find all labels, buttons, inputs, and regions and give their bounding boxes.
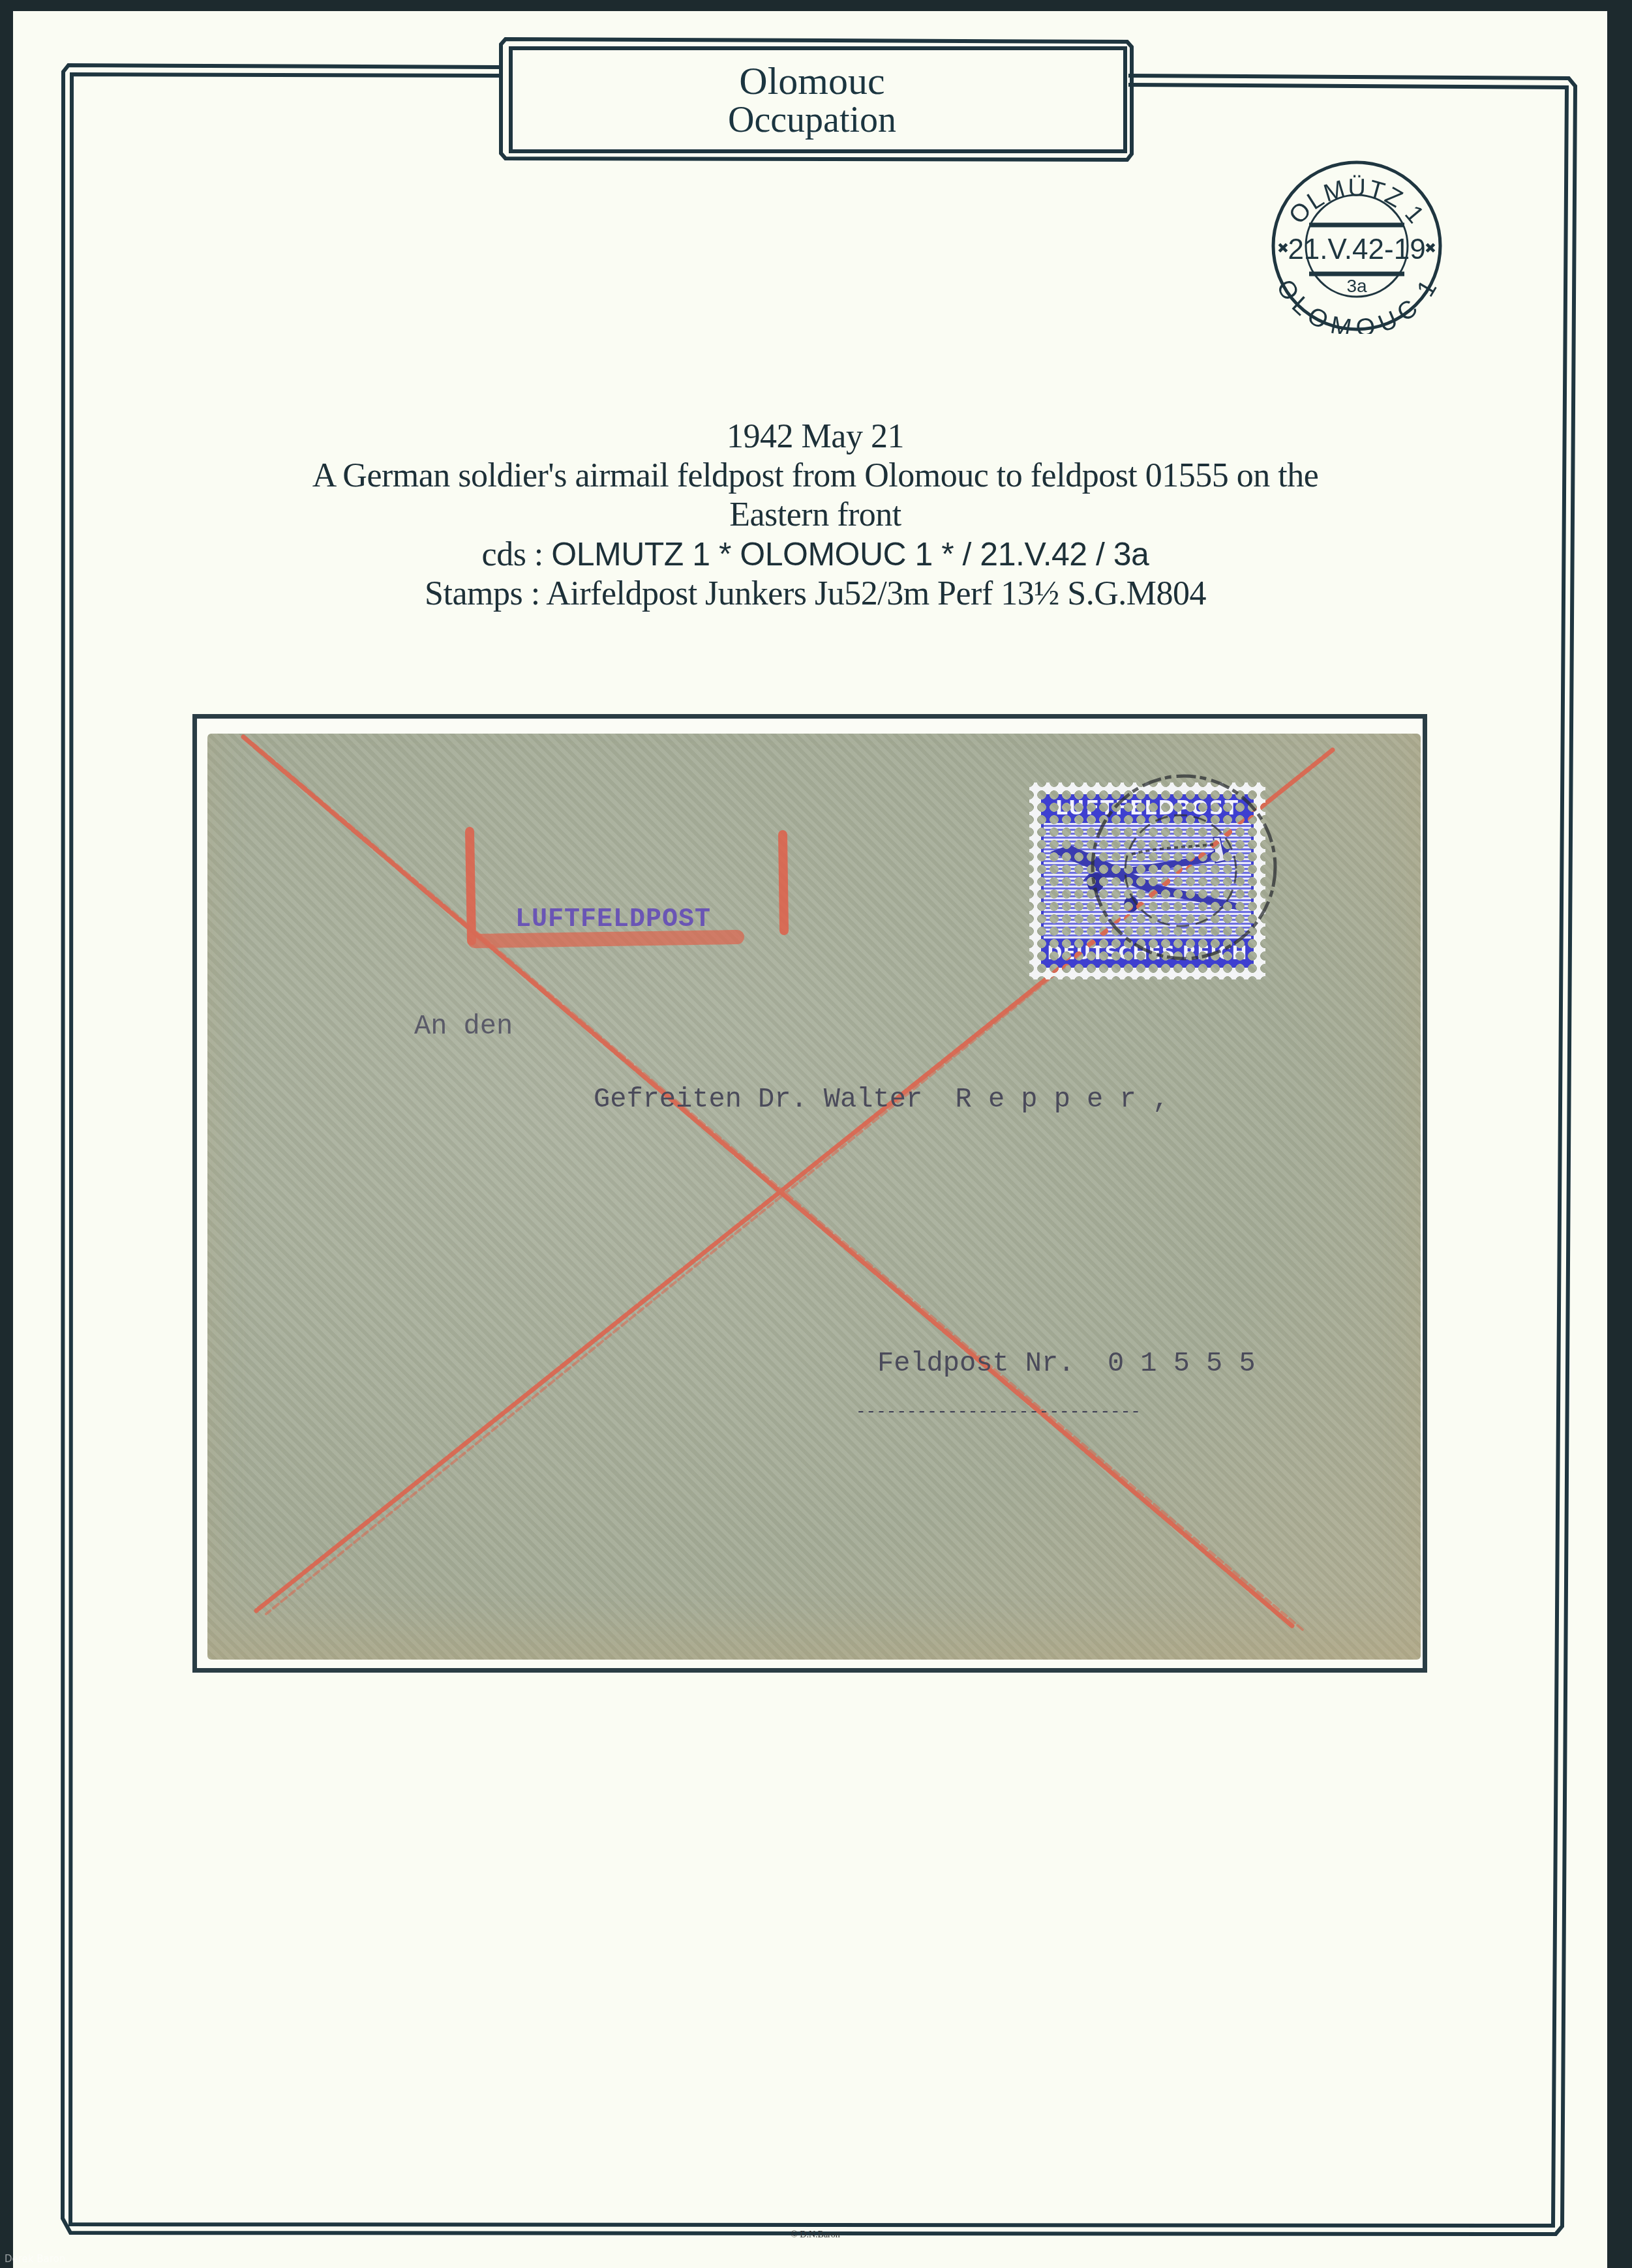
postmark-date: 21.V.42-19 [1288, 233, 1425, 265]
cover-description: 1942 May 21 A German soldier's airmail f… [196, 417, 1435, 614]
cds-value: OLMUTZ 1 * OLOMOUC 1 * / 21.V.42 / 3a [551, 536, 1149, 573]
postmark-top-text: OLMÜTZ 1 [1284, 174, 1430, 230]
feldpost-label: Feldpost Nr. [877, 1348, 1074, 1379]
watermark: Derek Baron [5, 2253, 65, 2265]
page-title: Olomouc [739, 61, 884, 101]
cover-summary-line-2: Eastern front [196, 496, 1435, 535]
svg-text:OLMÜTZ 1: OLMÜTZ 1 [1284, 174, 1430, 230]
cds-line: cds : OLMUTZ 1 * OLOMOUC 1 * / 21.V.42 /… [196, 535, 1435, 574]
postmark-code: 3a [1346, 276, 1367, 296]
address-underline: ---------------------------- [856, 1402, 1141, 1422]
page-title-box: Olomouc Occupation [509, 49, 1115, 150]
postmark-separator-right-icon: ✖ [1425, 240, 1436, 256]
page-subtitle: Occupation [728, 101, 896, 139]
feldpost-number: 0 1 5 5 5 [1108, 1348, 1256, 1379]
stamps-line: Stamps : Airfeldpost Junkers Ju52/3m Per… [196, 574, 1435, 614]
cds-label: cds : [482, 536, 552, 573]
address-salutation: An den [414, 1011, 513, 1042]
postmark-illustration: OLMÜTZ 1 OLOMOUC 1 21.V.42-19 3a ✖ ✖ [1269, 158, 1445, 334]
postmark-separator-left-icon: ✖ [1277, 240, 1289, 256]
cover-summary-line-1: A German soldier's airmail feldpost from… [196, 456, 1435, 496]
copyright-notice: © D.N.Baron [750, 2230, 881, 2241]
stamp-cancellation-mark [1083, 750, 1292, 972]
address-feldpost: Feldpost Nr. 0 1 5 5 5 [877, 1348, 1256, 1379]
airmail-handstamp: LUFTFELDPOST [515, 905, 711, 934]
address-recipient: Gefreiten Dr. Walter R e p p e r , [594, 1084, 1169, 1115]
cover-date: 1942 May 21 [196, 417, 1435, 456]
